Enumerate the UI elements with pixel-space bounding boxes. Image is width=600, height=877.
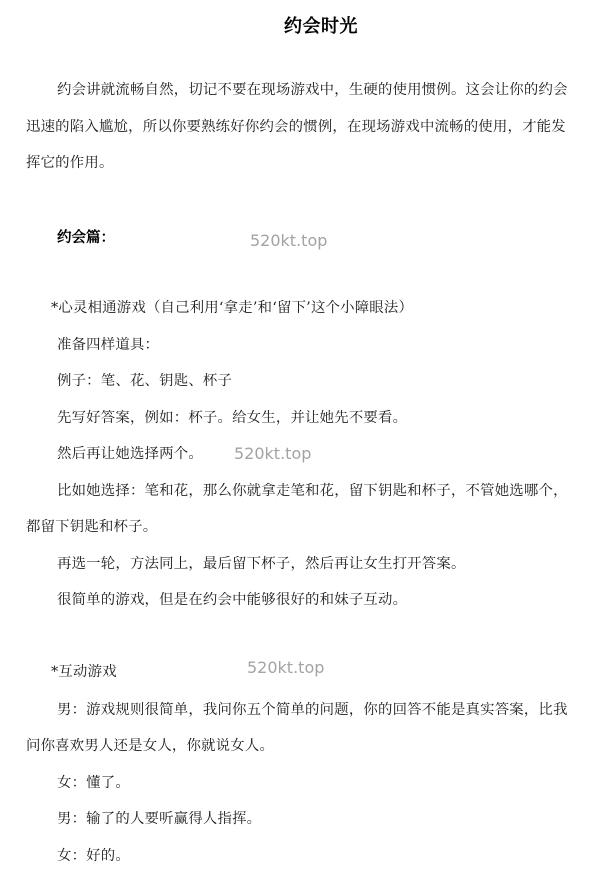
game2-line: 女：好的。 [57,846,130,866]
game1-line: 准备四样道具： [57,335,159,355]
game2-line: 男：输了的人要听赢得人指挥。 [57,809,261,829]
game2-line: 女：懂了。 [57,773,130,793]
section-heading: 约会篇： [57,227,115,249]
game1-line: 先写好答案，例如：杯子。给女生，并让她先不要看。 [57,408,407,428]
watermark: 520kt.top [234,444,311,464]
intro-line: 迅速的陷入尴尬，所以你要熟练好你约会的惯例，在现场游戏中流畅的使用，才能发 [26,117,566,137]
game1-line: 例子：笔、花、钥匙、杯子 [57,371,232,391]
game2-heading: *互动游戏 [51,662,117,682]
game2-line: 问你喜欢男人还是女人，你就说女人。 [26,736,274,756]
game1-line: 再选一轮，方法同上，最后留下杯子，然后再让女生打开答案。 [57,554,466,574]
game1-heading: *心灵相通游戏（自己利用‘拿走’和‘留下’这个小障眼法） [51,298,413,318]
game1-line: 比如她选择：笔和花，那么你就拿走笔和花，留下钥匙和杯子，不管她选哪个， [57,481,568,501]
watermark: 520kt.top [250,231,327,251]
game1-line: 都留下钥匙和杯子。 [26,517,157,537]
game2-line: 男：游戏规则很简单，我问你五个简单的问题，你的回答不能是真实答案，比我 [57,700,568,720]
game1-line: 然后再让她选择两个。 [57,444,203,464]
intro-line: 约会讲就流畅自然，切记不要在现场游戏中，生硬的使用惯例。这会让你的约会 [57,80,568,100]
document-title: 约会时光 [284,15,358,39]
intro-line: 挥它的作用。 [26,153,114,173]
game1-line: 很简单的游戏，但是在约会中能够很好的和妹子互动。 [57,590,407,610]
watermark: 520kt.top [247,658,324,678]
